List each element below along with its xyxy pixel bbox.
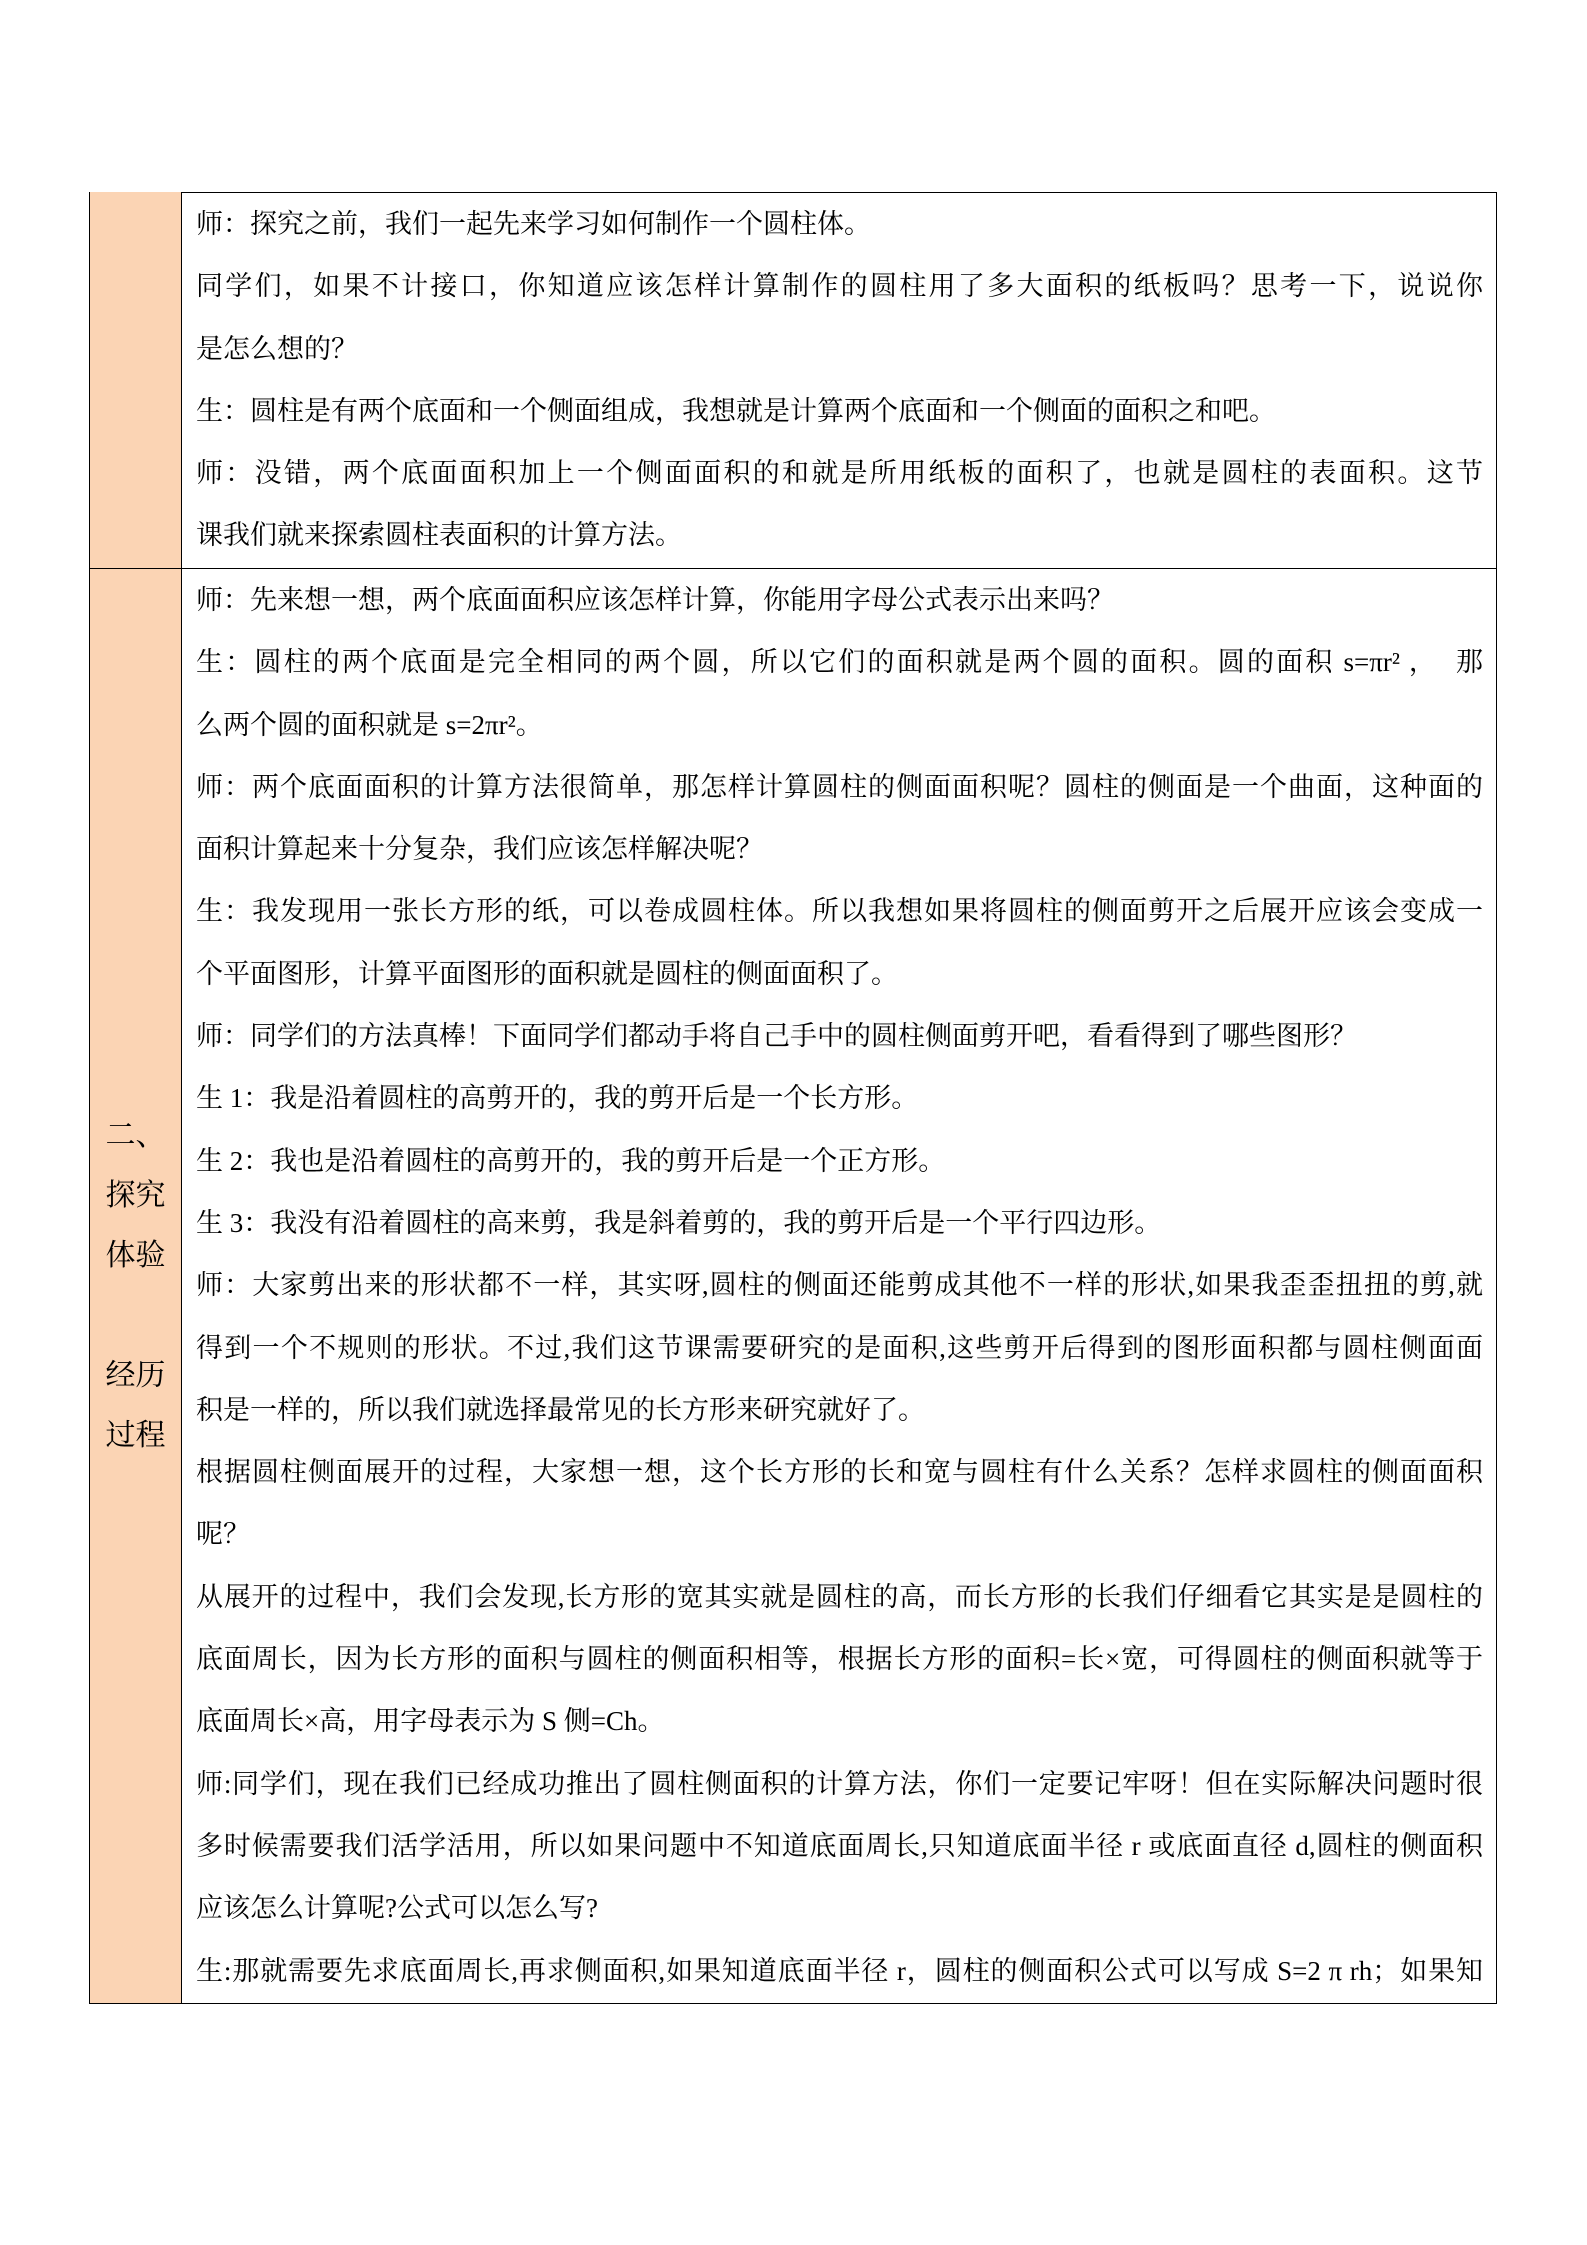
- text-line: 生：我发现用一张长方形的纸，可以卷成圆柱体。所以我想如果将圆柱的侧面剪开之后展开…: [196, 880, 1483, 942]
- paragraph-teacher: 师:同学们，现在我们已经成功推出了圆柱侧面积的计算方法，你们一定要记牢呀！但在实…: [196, 1753, 1483, 1940]
- section-label-line: 探究: [106, 1166, 166, 1226]
- text-line: 是怎么想的？: [196, 318, 1483, 380]
- text-line: 师:同学们，现在我们已经成功推出了圆柱侧面积的计算方法，你们一定要记牢呀！但在实…: [196, 1753, 1483, 1815]
- paragraph-narration: 从展开的过程中，我们会发现,长方形的宽其实就是圆柱的高，而长方形的长我们仔细看它…: [196, 1566, 1483, 1753]
- text-line: 师：大家剪出来的形状都不一样，其实呀,圆柱的侧面还能剪成其他不一样的形状,如果我…: [196, 1254, 1483, 1316]
- section-content-cell: 师：探究之前，我们一起先来学习如何制作一个圆柱体。 同学们，如果不计接口，你知道…: [182, 192, 1497, 568]
- section-label-spacer: [131, 1286, 141, 1346]
- paragraph-student: 生：圆柱是有两个底面和一个侧面组成，我想就是计算两个底面和一个侧面的面积之和吧。: [196, 380, 1483, 442]
- text-line: 得到一个不规则的形状。不过,我们这节课需要研究的是面积,这些剪开后得到的图形面积…: [196, 1317, 1483, 1379]
- paragraph-student-2: 生 2：我也是沿着圆柱的高剪开的，我的剪开后是一个正方形。: [196, 1130, 1483, 1192]
- section-content-cell: 师：先来想一想，两个底面面积应该怎样计算，你能用字母公式表示出来吗？ 生：圆柱的…: [182, 569, 1497, 2003]
- text-line: 底面周长，因为长方形的面积与圆柱的侧面积相等，根据长方形的面积=长×宽，可得圆柱…: [196, 1628, 1483, 1690]
- text-line: 么两个圆的面积就是 s=2πr²。: [196, 694, 1483, 756]
- section-label-cell: [89, 192, 182, 568]
- text-line: 生 3：我没有沿着圆柱的高来剪，我是斜着剪的，我的剪开后是一个平行四边形。: [196, 1192, 1483, 1254]
- text-line: 根据圆柱侧面展开的过程，大家想一想，这个长方形的长和宽与圆柱有什么关系？怎样求圆…: [196, 1441, 1483, 1503]
- paragraph-student-3: 生 3：我没有沿着圆柱的高来剪，我是斜着剪的，我的剪开后是一个平行四边形。: [196, 1192, 1483, 1254]
- paragraph-teacher: 师：两个底面面积的计算方法很简单，那怎样计算圆柱的侧面面积呢？圆柱的侧面是一个曲…: [196, 756, 1483, 881]
- paragraph-student: 生：圆柱的两个底面是完全相同的两个圆，所以它们的面积就是两个圆的面积。圆的面积 …: [196, 631, 1483, 756]
- section-label-line: 体验: [106, 1226, 166, 1286]
- text-line: 个平面图形，计算平面图形的面积就是圆柱的侧面面积了。: [196, 943, 1483, 1005]
- text-line: 底面周长×高，用字母表示为 S 侧=Ch。: [196, 1690, 1483, 1752]
- paragraph-teacher: 师：先来想一想，两个底面面积应该怎样计算，你能用字母公式表示出来吗？: [196, 569, 1483, 631]
- text-line: 应该怎么计算呢?公式可以怎么写?: [196, 1877, 1483, 1939]
- text-line: 生 1：我是沿着圆柱的高剪开的，我的剪开后是一个长方形。: [196, 1067, 1483, 1129]
- text-line: 面积计算起来十分复杂，我们应该怎样解决呢？: [196, 818, 1483, 880]
- text-line: 从展开的过程中，我们会发现,长方形的宽其实就是圆柱的高，而长方形的长我们仔细看它…: [196, 1566, 1483, 1628]
- text-line: 积是一样的，所以我们就选择最常见的长方形来研究就好了。: [196, 1379, 1483, 1441]
- paragraph-narration: 根据圆柱侧面展开的过程，大家想一想，这个长方形的长和宽与圆柱有什么关系？怎样求圆…: [196, 1441, 1483, 1566]
- table-row-intro: 师：探究之前，我们一起先来学习如何制作一个圆柱体。 同学们，如果不计接口，你知道…: [89, 192, 1497, 568]
- section-label-line: 二、: [106, 1106, 166, 1166]
- paragraph-student: 生:那就需要先求底面周长,再求侧面积,如果知道底面半径 r，圆柱的侧面积公式可以…: [196, 1940, 1483, 2002]
- section-label-line: 经历: [106, 1346, 166, 1406]
- paragraph-teacher: 师：没错，两个底面面积加上一个侧面面积的和就是所用纸板的面积了，也就是圆柱的表面…: [196, 442, 1483, 567]
- lesson-plan-table: 师：探究之前，我们一起先来学习如何制作一个圆柱体。 同学们，如果不计接口，你知道…: [89, 192, 1497, 2004]
- text-line: 师：没错，两个底面面积加上一个侧面面积的和就是所用纸板的面积了，也就是圆柱的表面…: [196, 442, 1483, 504]
- section-label-line: 过程: [106, 1406, 166, 1466]
- text-line: 师：两个底面面积的计算方法很简单，那怎样计算圆柱的侧面面积呢？圆柱的侧面是一个曲…: [196, 756, 1483, 818]
- paragraph-student-1: 生 1：我是沿着圆柱的高剪开的，我的剪开后是一个长方形。: [196, 1067, 1483, 1129]
- paragraph-teacher: 师：大家剪出来的形状都不一样，其实呀,圆柱的侧面还能剪成其他不一样的形状,如果我…: [196, 1254, 1483, 1441]
- text-line: 多时候需要我们活学活用，所以如果问题中不知道底面周长,只知道底面半径 r 或底面…: [196, 1815, 1483, 1877]
- paragraph-student: 生：我发现用一张长方形的纸，可以卷成圆柱体。所以我想如果将圆柱的侧面剪开之后展开…: [196, 880, 1483, 1005]
- text-line: 生:那就需要先求底面周长,再求侧面积,如果知道底面半径 r，圆柱的侧面积公式可以…: [196, 1940, 1483, 2002]
- text-line: 师：同学们的方法真棒！下面同学们都动手将自己手中的圆柱侧面剪开吧，看看得到了哪些…: [196, 1005, 1483, 1067]
- text-line: 师：先来想一想，两个底面面积应该怎样计算，你能用字母公式表示出来吗？: [196, 569, 1483, 631]
- table-row-explore: 二、 探究 体验 经历 过程 师：先来想一想，两个底面面积应该怎样计算，你能用字…: [89, 568, 1497, 2004]
- section-label-cell: 二、 探究 体验 经历 过程: [89, 569, 182, 2003]
- paragraph-teacher: 同学们，如果不计接口，你知道应该怎样计算制作的圆柱用了多大面积的纸板吗？思考一下…: [196, 255, 1483, 380]
- paragraph-teacher: 师：同学们的方法真棒！下面同学们都动手将自己手中的圆柱侧面剪开吧，看看得到了哪些…: [196, 1005, 1483, 1067]
- text-line: 生 2：我也是沿着圆柱的高剪开的，我的剪开后是一个正方形。: [196, 1130, 1483, 1192]
- paragraph-teacher: 师：探究之前，我们一起先来学习如何制作一个圆柱体。: [196, 193, 1483, 255]
- text-line: 生：圆柱的两个底面是完全相同的两个圆，所以它们的面积就是两个圆的面积。圆的面积 …: [196, 631, 1483, 693]
- text-line: 生：圆柱是有两个底面和一个侧面组成，我想就是计算两个底面和一个侧面的面积之和吧。: [196, 380, 1483, 442]
- text-line: 呢？: [196, 1503, 1483, 1565]
- text-line: 师：探究之前，我们一起先来学习如何制作一个圆柱体。: [196, 193, 1483, 255]
- text-line: 课我们就来探索圆柱表面积的计算方法。: [196, 504, 1483, 566]
- text-line: 同学们，如果不计接口，你知道应该怎样计算制作的圆柱用了多大面积的纸板吗？思考一下…: [196, 255, 1483, 317]
